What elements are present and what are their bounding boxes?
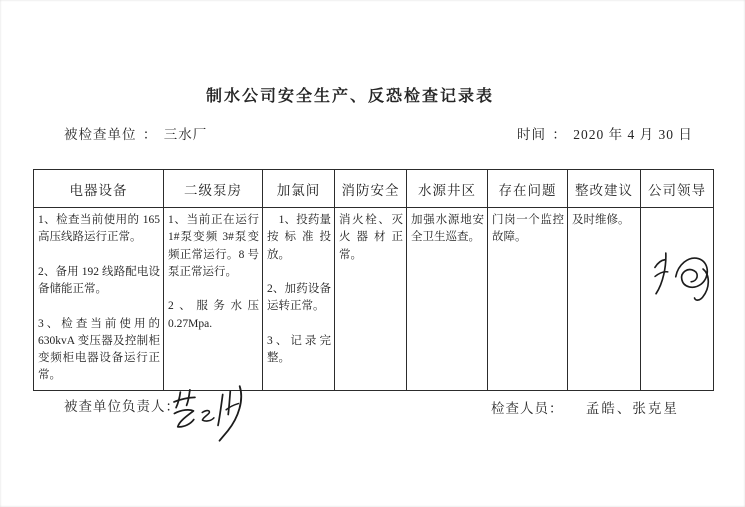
colon-separator: ：: [143, 127, 158, 142]
time-value: 2020 年 4 月 30 日: [573, 127, 693, 142]
col-header-secondary-pump-room: 二级泵房: [164, 170, 263, 208]
inspected-unit-label: 被检查单位: [64, 127, 137, 142]
cell-rectification-suggestions: 及时维修。: [568, 208, 641, 391]
scanned-document-page: 制水公司安全生产、反恐检查记录表 被检查单位 ： 三水厂 时间 ： 2020 年…: [0, 0, 745, 507]
inspection-record-table: 电器设备 二级泵房 加氯间 消防安全 水源井区 存在问题 整改建议 公司领导 1…: [33, 169, 714, 391]
table-header-row: 电器设备 二级泵房 加氯间 消防安全 水源井区 存在问题 整改建议 公司领导: [34, 170, 714, 208]
cell-water-source-area: 加强水源地安全卫生巡查。: [407, 208, 488, 391]
colon-separator: ：: [552, 127, 567, 142]
col-header-rectification-suggestions: 整改建议: [568, 170, 641, 208]
inspection-time-line: 时间 ： 2020 年 4 月 30 日: [517, 123, 693, 143]
col-header-chlorination-room: 加氯间: [263, 170, 335, 208]
cell-secondary-pump-room: 1、当前正在运行 1#泵变频 3#泵变频正常运行。8 号泵正常运行。 2、服务水…: [164, 208, 263, 391]
col-header-fire-safety: 消防安全: [335, 170, 407, 208]
col-header-water-source-area: 水源井区: [407, 170, 488, 208]
cell-fire-safety: 消火栓、灭火器材正常。: [335, 208, 407, 391]
document-title: 制水公司安全生产、反恐检查记录表: [0, 83, 700, 106]
cell-existing-problems: 门岗一个监控故障。: [488, 208, 568, 391]
col-header-company-leader: 公司领导: [641, 170, 714, 208]
cell-electrical-equipment: 1、检查当前使用的 165 高压线路运行正常。 2、备用 192 线路配电设备储…: [34, 208, 164, 391]
inspectors-label: 检查人员：: [491, 401, 564, 416]
inspectors-line: 检查人员： 孟皓、张克星: [491, 397, 679, 417]
inspectors-names: 孟皓、张克星: [586, 401, 679, 416]
inspected-unit-line: 被检查单位 ： 三水厂: [64, 123, 207, 143]
col-header-electrical-equipment: 电器设备: [34, 170, 164, 208]
cell-company-leader-signature: [641, 208, 714, 391]
cell-chlorination-room: 1、投药量按标准投放。 2、加药设备运转正常。 3、记录完整。: [263, 208, 335, 391]
inspected-unit-value: 三水厂: [164, 127, 208, 142]
table-row: 1、检查当前使用的 165 高压线路运行正常。 2、备用 192 线路配电设备储…: [34, 208, 714, 391]
leader-handwritten-signature: [639, 232, 721, 323]
time-label: 时间: [517, 127, 546, 142]
responsible-person-handwritten-signature: [162, 381, 260, 452]
col-header-existing-problems: 存在问题: [488, 170, 568, 208]
responsible-person-label: 被查单位负责人：: [64, 395, 180, 415]
